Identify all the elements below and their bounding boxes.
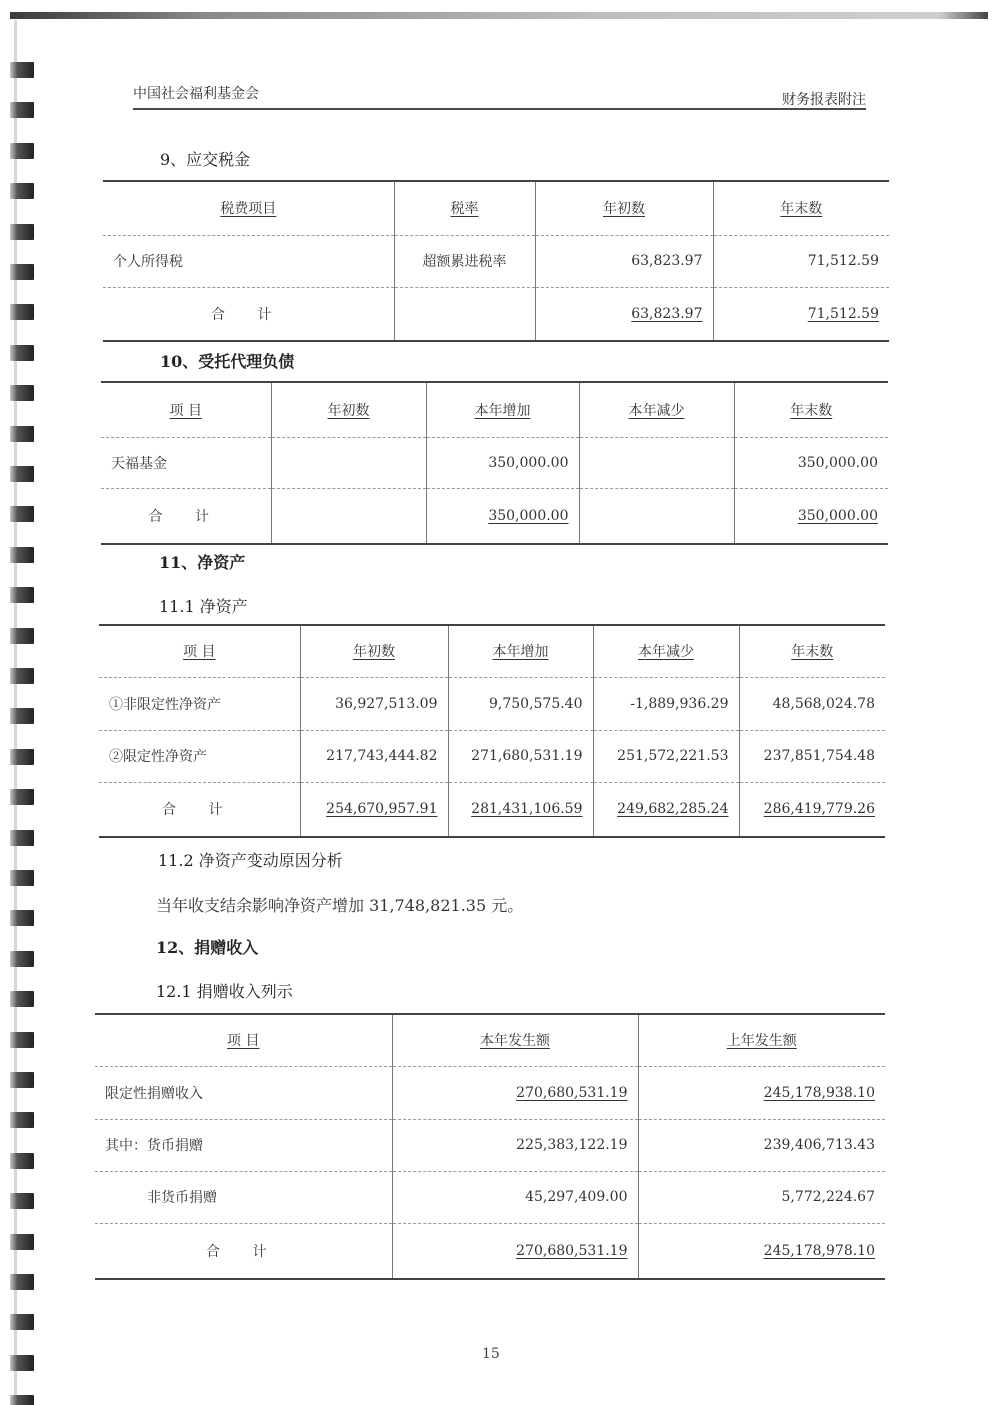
binding-ring bbox=[10, 1193, 34, 1209]
binding-ring bbox=[10, 506, 34, 522]
table-header-row: 税费项目 税率 年初数 年末数 bbox=[103, 181, 889, 235]
section-9-title: 9、应交税金 bbox=[160, 147, 250, 170]
rate-cell bbox=[394, 287, 535, 341]
section-12-title: 12、捐赠收入 bbox=[156, 935, 258, 958]
total-label: 合 计 bbox=[99, 782, 300, 837]
custodial-liabilities-table: 项 目 年初数 本年增加 本年减少 年末数 天福基金 350,000.00 35… bbox=[101, 381, 888, 545]
table-row: 其中：货币捐赠 225,383,122.19 239,406,713.43 bbox=[95, 1119, 885, 1171]
total-opening: 254,670,957.91 bbox=[326, 801, 437, 817]
item-cell: 个人所得税 bbox=[103, 235, 394, 287]
scan-top-edge bbox=[10, 12, 988, 19]
item-cell: ①非限定性净资产 bbox=[99, 677, 300, 730]
closing-cell: 237,851,754.48 bbox=[739, 730, 885, 782]
binding-ring bbox=[10, 304, 34, 320]
current-year-cell: 270,680,531.19 bbox=[516, 1085, 627, 1101]
opening-cell: 217,743,444.82 bbox=[300, 730, 448, 782]
binding-ring bbox=[10, 183, 34, 199]
binding-ring bbox=[10, 62, 34, 78]
column-header: 年初数 bbox=[300, 625, 448, 677]
total-row: 合 计 254,670,957.91 281,431,106.59 249,68… bbox=[99, 782, 885, 837]
decrease-cell: -1,889,936.29 bbox=[593, 677, 739, 730]
total-decrease: 249,682,285.24 bbox=[617, 801, 728, 817]
increase-cell: 271,680,531.19 bbox=[448, 730, 593, 782]
total-opening bbox=[271, 488, 426, 544]
binding-ring bbox=[10, 1274, 34, 1290]
column-header: 本年增加 bbox=[426, 382, 579, 437]
binding-ring bbox=[10, 426, 34, 442]
binding-ring bbox=[10, 1314, 34, 1330]
binding-ring bbox=[10, 385, 34, 401]
binding-ring bbox=[10, 991, 34, 1007]
binding-ring bbox=[10, 951, 34, 967]
table-row: ①非限定性净资产 36,927,513.09 9,750,575.40 -1,8… bbox=[99, 677, 885, 730]
page-number: 15 bbox=[482, 1346, 500, 1362]
binding-ring bbox=[10, 102, 34, 118]
total-current-year: 270,680,531.19 bbox=[516, 1243, 627, 1259]
binding-ring bbox=[10, 628, 34, 644]
table-header-row: 项 目 本年发生额 上年发生额 bbox=[95, 1014, 885, 1066]
current-year-cell: 225,383,122.19 bbox=[392, 1119, 638, 1171]
item-cell: 限定性捐赠收入 bbox=[95, 1066, 392, 1119]
binding-ring bbox=[10, 1032, 34, 1048]
binding-ring bbox=[10, 708, 34, 724]
column-header: 本年减少 bbox=[579, 382, 734, 437]
column-header: 上年发生额 bbox=[638, 1014, 885, 1066]
binding-ring bbox=[10, 749, 34, 765]
binding-ring bbox=[10, 466, 34, 482]
document-section: 财务报表附注 bbox=[782, 89, 866, 109]
total-increase: 281,431,106.59 bbox=[471, 801, 582, 817]
binding-ring bbox=[10, 587, 34, 603]
closing-cell: 48,568,024.78 bbox=[739, 677, 885, 730]
net-assets-change-note: 当年收支结余影响净资产增加 31,748,821.35 元。 bbox=[156, 893, 523, 916]
total-closing: 286,419,779.26 bbox=[764, 801, 875, 817]
column-header: 年末数 bbox=[739, 625, 885, 677]
binding-ring bbox=[10, 143, 34, 159]
opening-cell: 63,823.97 bbox=[535, 235, 713, 287]
binding-ring bbox=[10, 910, 34, 926]
binding-ring bbox=[10, 264, 34, 280]
current-year-cell: 45,297,409.00 bbox=[392, 1171, 638, 1223]
total-label: 合 计 bbox=[103, 287, 394, 341]
binding-ring bbox=[10, 1112, 34, 1128]
net-assets-table: 项 目 年初数 本年增加 本年减少 年末数 ①非限定性净资产 36,927,51… bbox=[99, 624, 885, 838]
column-header: 项 目 bbox=[101, 382, 271, 437]
closing-cell: 350,000.00 bbox=[734, 437, 888, 488]
binding-ring bbox=[10, 1072, 34, 1088]
rate-cell: 超额累进税率 bbox=[394, 235, 535, 287]
binding-ring bbox=[10, 668, 34, 684]
prior-year-cell: 239,406,713.43 bbox=[638, 1119, 885, 1171]
binding-ring bbox=[10, 870, 34, 886]
column-header: 税率 bbox=[394, 181, 535, 235]
decrease-cell: 251,572,221.53 bbox=[593, 730, 739, 782]
section-10-title: 10、受托代理负债 bbox=[160, 349, 294, 372]
item-cell: ②限定性净资产 bbox=[99, 730, 300, 782]
column-header: 年末数 bbox=[734, 382, 888, 437]
total-prior-year: 245,178,978.10 bbox=[764, 1243, 875, 1259]
prior-year-cell: 5,772,224.67 bbox=[638, 1171, 885, 1223]
page-header: 中国社会福利基金会 财务报表附注 bbox=[133, 80, 866, 110]
table-header-row: 项 目 年初数 本年增加 本年减少 年末数 bbox=[101, 382, 888, 437]
total-closing: 71,512.59 bbox=[808, 306, 879, 322]
increase-cell: 9,750,575.40 bbox=[448, 677, 593, 730]
opening-cell: 36,927,513.09 bbox=[300, 677, 448, 730]
section-11-2-title: 11.2 净资产变动原因分析 bbox=[158, 848, 343, 871]
column-header: 年末数 bbox=[713, 181, 889, 235]
prior-year-cell: 245,178,938.10 bbox=[764, 1085, 875, 1101]
increase-cell: 350,000.00 bbox=[426, 437, 579, 488]
organization-name: 中国社会福利基金会 bbox=[133, 83, 259, 103]
column-header: 年初数 bbox=[271, 382, 426, 437]
column-header: 本年发生额 bbox=[392, 1014, 638, 1066]
binding-ring bbox=[10, 830, 34, 846]
binding-ring bbox=[10, 547, 34, 563]
column-header: 税费项目 bbox=[103, 181, 394, 235]
total-closing: 350,000.00 bbox=[798, 508, 878, 524]
item-cell: 非货币捐赠 bbox=[95, 1171, 392, 1223]
opening-cell bbox=[271, 437, 426, 488]
total-label: 合 计 bbox=[101, 488, 271, 544]
binding-ring bbox=[10, 1153, 34, 1169]
binding-ring bbox=[10, 1234, 34, 1250]
section-12-1-title: 12.1 捐赠收入列示 bbox=[156, 979, 293, 1002]
closing-cell: 71,512.59 bbox=[713, 235, 889, 287]
total-increase: 350,000.00 bbox=[488, 508, 568, 524]
total-row: 合 计 63,823.97 71,512.59 bbox=[103, 287, 889, 341]
binding-ring bbox=[10, 345, 34, 361]
column-header: 年初数 bbox=[535, 181, 713, 235]
donation-income-table: 项 目 本年发生额 上年发生额 限定性捐赠收入 270,680,531.19 2… bbox=[95, 1013, 885, 1280]
column-header: 项 目 bbox=[99, 625, 300, 677]
item-cell: 天福基金 bbox=[101, 437, 271, 488]
binding-ring bbox=[10, 224, 34, 240]
column-header: 项 目 bbox=[95, 1014, 392, 1066]
binding-ring bbox=[10, 1355, 34, 1371]
section-11-title: 11、净资产 bbox=[159, 550, 245, 573]
total-decrease bbox=[579, 488, 734, 544]
total-label: 合 计 bbox=[95, 1223, 392, 1279]
binding-ring bbox=[10, 789, 34, 805]
total-row: 合 计 350,000.00 350,000.00 bbox=[101, 488, 888, 544]
item-cell: 其中：货币捐赠 bbox=[95, 1119, 392, 1171]
table-row: ②限定性净资产 217,743,444.82 271,680,531.19 25… bbox=[99, 730, 885, 782]
column-header: 本年增加 bbox=[448, 625, 593, 677]
table-row: 个人所得税 超额累进税率 63,823.97 71,512.59 bbox=[103, 235, 889, 287]
total-row: 合 计 270,680,531.19 245,178,978.10 bbox=[95, 1223, 885, 1279]
table-row: 限定性捐赠收入 270,680,531.19 245,178,938.10 bbox=[95, 1066, 885, 1119]
table-row: 非货币捐赠 45,297,409.00 5,772,224.67 bbox=[95, 1171, 885, 1223]
tax-payable-table: 税费项目 税率 年初数 年末数 个人所得税 超额累进税率 63,823.97 7… bbox=[103, 180, 889, 342]
table-header-row: 项 目 年初数 本年增加 本年减少 年末数 bbox=[99, 625, 885, 677]
table-row: 天福基金 350,000.00 350,000.00 bbox=[101, 437, 888, 488]
total-opening: 63,823.97 bbox=[631, 306, 702, 322]
binding-ring bbox=[10, 1395, 34, 1405]
column-header: 本年减少 bbox=[593, 625, 739, 677]
section-11-1-title: 11.1 净资产 bbox=[159, 594, 248, 617]
decrease-cell bbox=[579, 437, 734, 488]
